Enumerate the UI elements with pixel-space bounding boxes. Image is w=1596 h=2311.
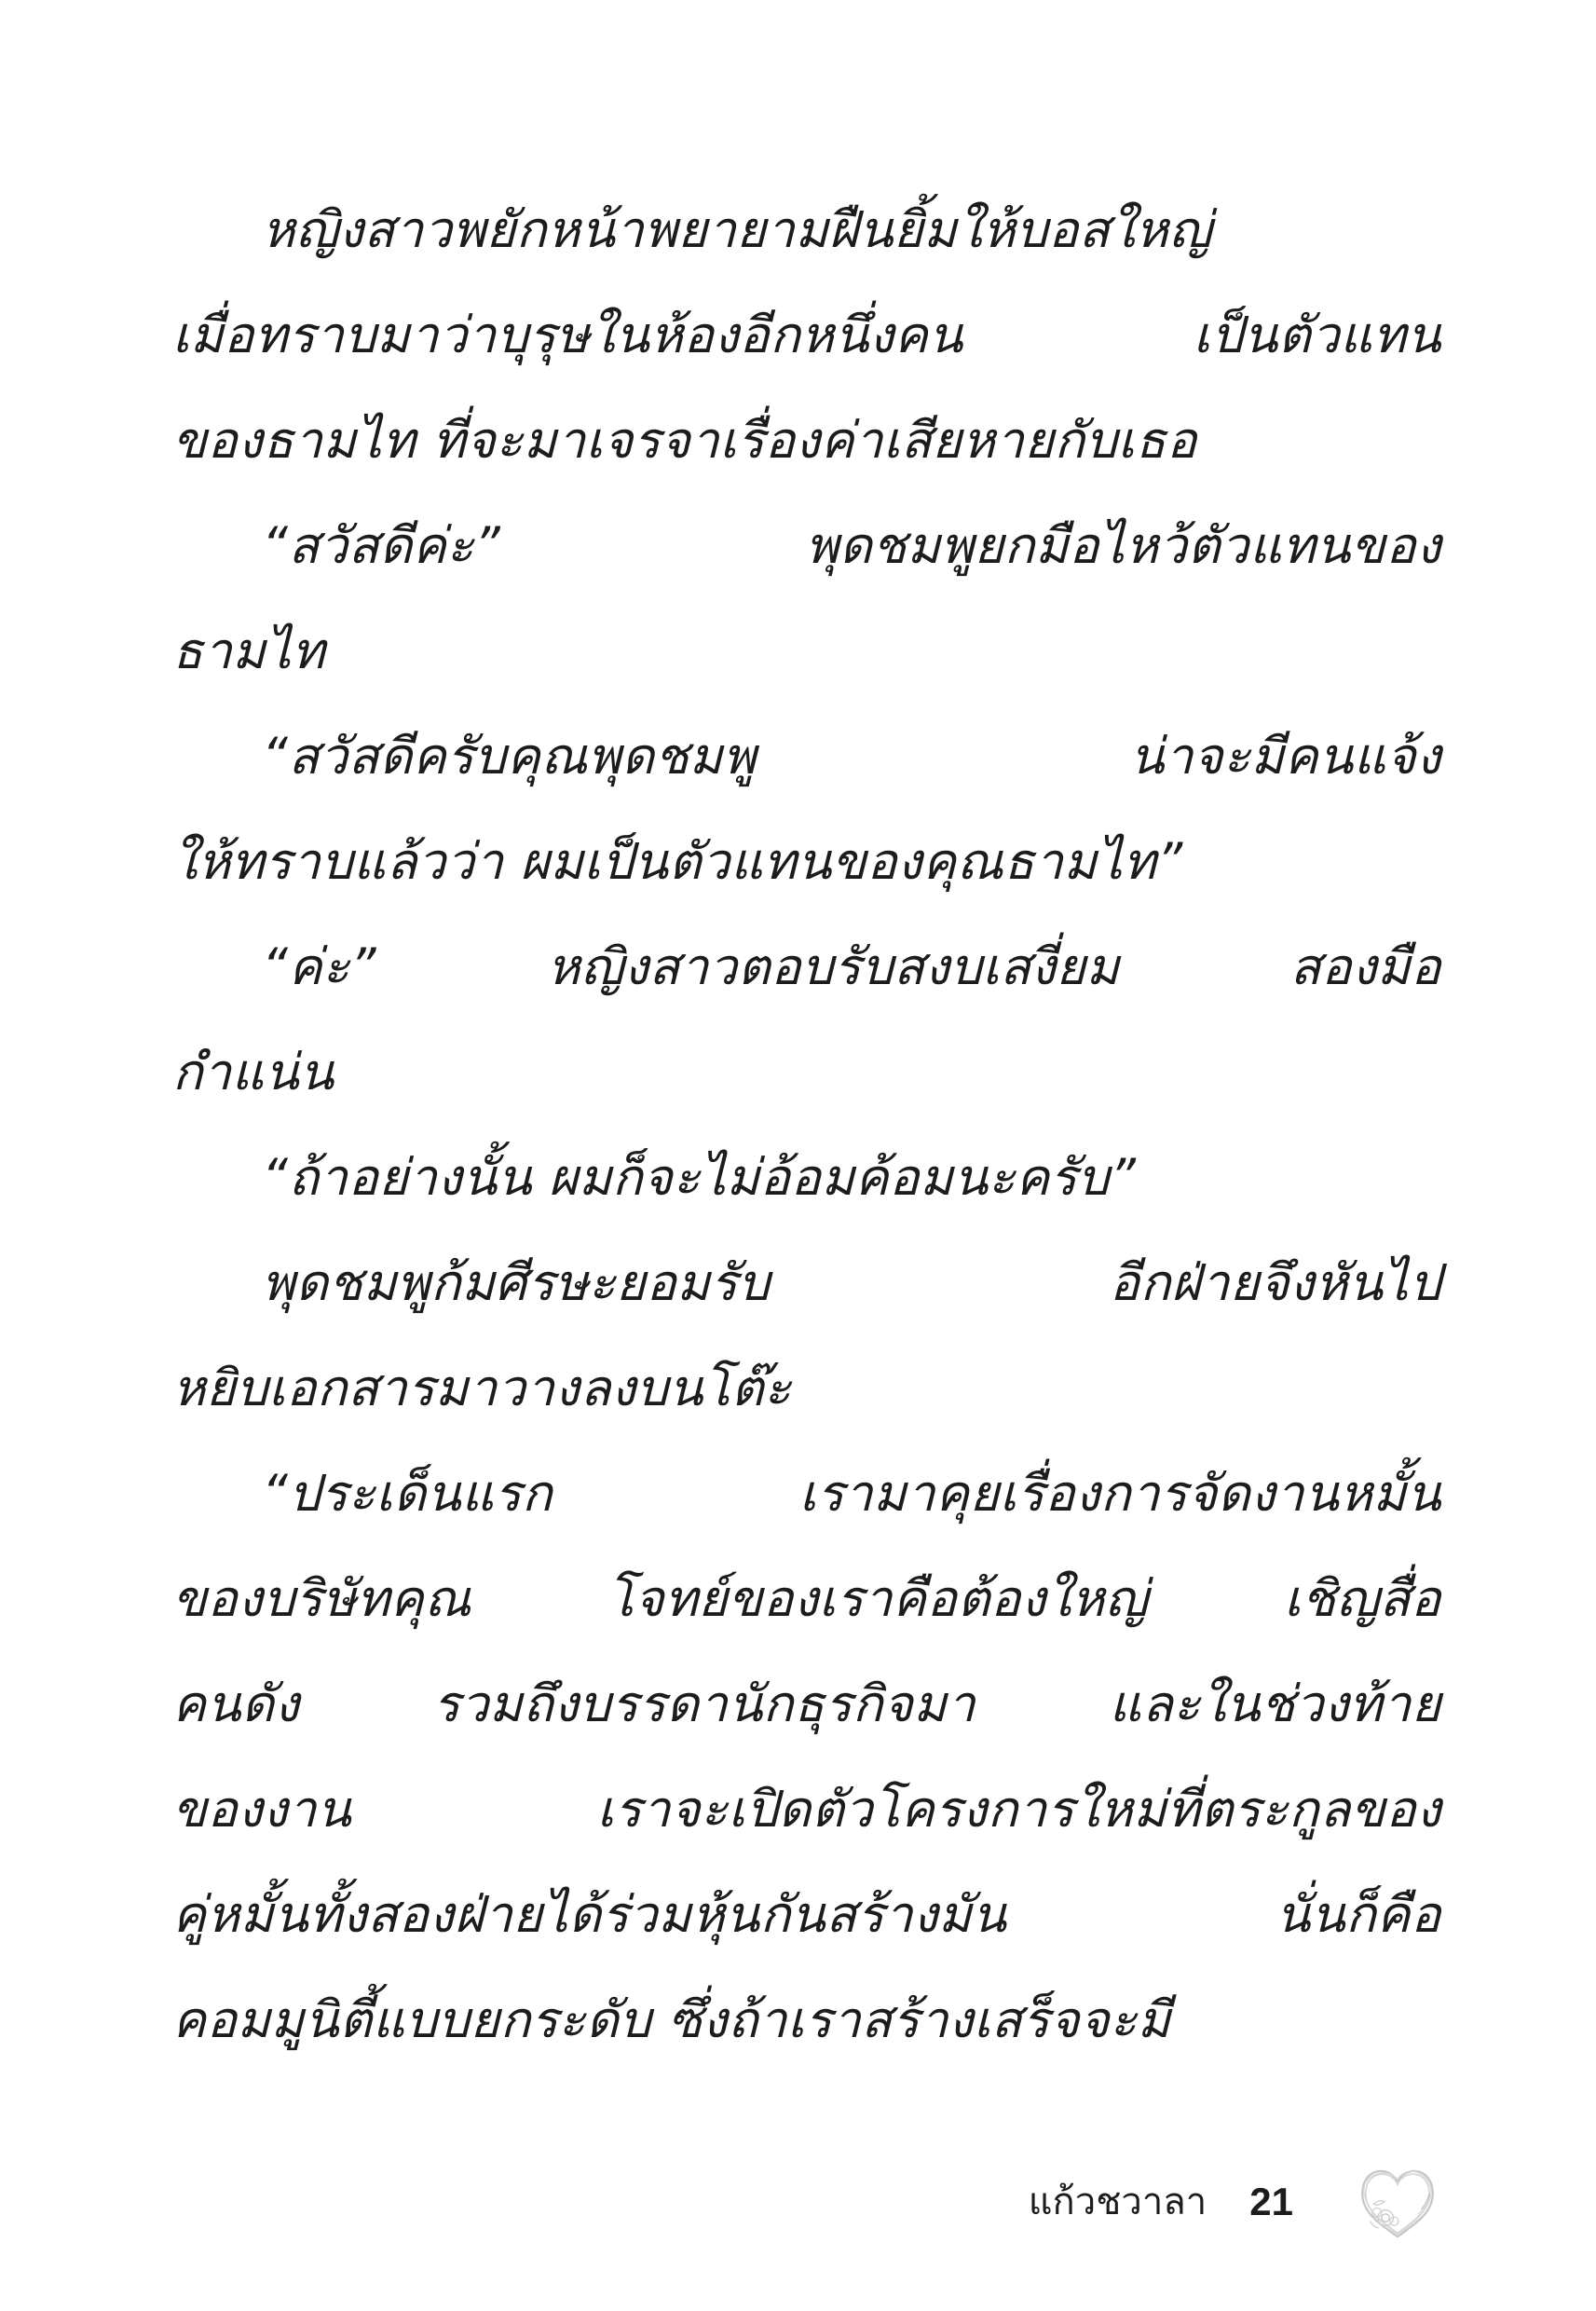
text-line: คอมมูนิตี้แบบยกระดับ ซึ่งถ้าเราสร้างเสร็… xyxy=(172,1967,1441,2072)
text-line: เมื่อทราบมาว่าบุรุษในห้องอีกหนึ่งคน เป็น… xyxy=(172,282,1441,388)
text-line: หญิงสาวพยักหน้าพยายามฝืนยิ้มให้บอสใหญ่ xyxy=(172,177,1441,282)
text-line: “สวัสดีค่ะ” พุดชมพูยกมือไหว้ตัวแทนของ xyxy=(172,493,1441,598)
page-footer: แก้วชวาลา 21 xyxy=(0,2160,1440,2244)
page-number: 21 xyxy=(1249,2182,1293,2222)
text-line: “ค่ะ” หญิงสาวตอบรับสงบเสงี่ยม สองมือ xyxy=(172,914,1441,1019)
text-line: “ประเด็นแรก เรามาคุยเรื่องการจัดงานหมั้น xyxy=(172,1441,1441,1546)
text-line: “ถ้าอย่างนั้น ผมก็จะไม่อ้อมค้อมนะครับ” xyxy=(172,1125,1441,1230)
text-line: “สวัสดีครับคุณพุดชมพู น่าจะมีคนแจ้ง xyxy=(172,704,1441,809)
text-line: หยิบเอกสารมาวางลงบนโต๊ะ xyxy=(172,1335,1441,1441)
page-body: หญิงสาวพยักหน้าพยายามฝืนยิ้มให้บอสใหญ่ เ… xyxy=(172,177,1441,2072)
text-line: กำแน่น xyxy=(172,1019,1441,1125)
running-title: แก้วชวาลา xyxy=(1029,2183,1207,2221)
text-line: ของบริษัทคุณ โจทย์ของเราคือต้องใหญ่ เชิญ… xyxy=(172,1546,1441,1651)
text-line: ของงาน เราจะเปิดตัวโครงการใหม่ที่ตระกูลข… xyxy=(172,1757,1441,1862)
text-line: ให้ทราบแล้วว่า ผมเป็นตัวแทนของคุณธามไท” xyxy=(172,809,1441,914)
text-line: พุดชมพูก้มศีรษะยอมรับ อีกฝ่ายจึงหันไป xyxy=(172,1230,1441,1335)
text-line: ธามไท xyxy=(172,598,1441,704)
book-page: หญิงสาวพยักหน้าพยายามฝืนยิ้มให้บอสใหญ่ เ… xyxy=(0,0,1596,2311)
heart-wreath-icon xyxy=(1355,2161,1440,2243)
text-line: คนดัง รวมถึงบรรดานักธุรกิจมา และในช่วงท้… xyxy=(172,1651,1441,1757)
text-line: คู่หมั้นทั้งสองฝ่ายได้ร่วมหุ้นกันสร้างมั… xyxy=(172,1862,1441,1967)
text-line: ของธามไท ที่จะมาเจรจาเรื่องค่าเสียหายกับ… xyxy=(172,388,1441,493)
